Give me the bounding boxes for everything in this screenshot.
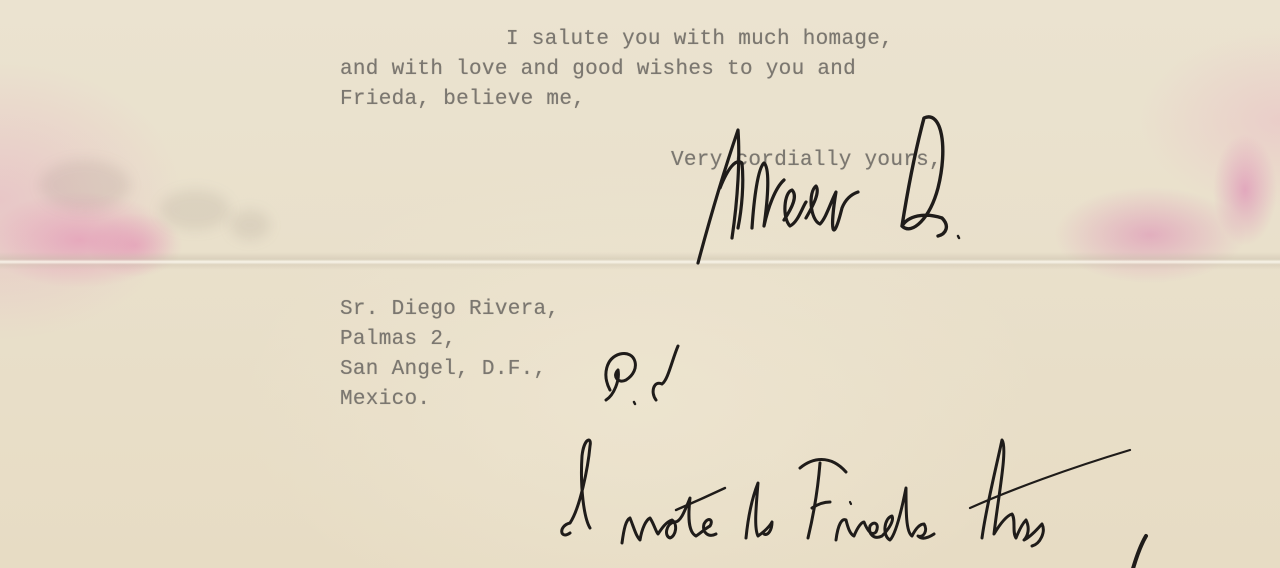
address-line-1: Sr. Diego Rivera, — [340, 295, 559, 325]
letter-body-line-2: and with love and good wishes to you and — [340, 55, 856, 85]
address-line-2: Palmas 2, — [340, 325, 456, 355]
postscript-label — [592, 340, 682, 410]
stain — [40, 160, 130, 210]
address-line-3: San Angel, D.F., — [340, 355, 546, 385]
letter-body-line-3: Frieda, believe me, — [340, 85, 585, 115]
stain — [230, 210, 270, 240]
address-line-4: Mexico. — [340, 385, 430, 415]
letter-body-line-1: I salute you with much homage, — [506, 25, 893, 55]
handwriting-continuation — [1124, 532, 1164, 568]
stain — [160, 190, 230, 230]
signature — [680, 108, 980, 268]
postscript-text — [550, 428, 1150, 568]
paper-fold-line — [0, 252, 1280, 270]
